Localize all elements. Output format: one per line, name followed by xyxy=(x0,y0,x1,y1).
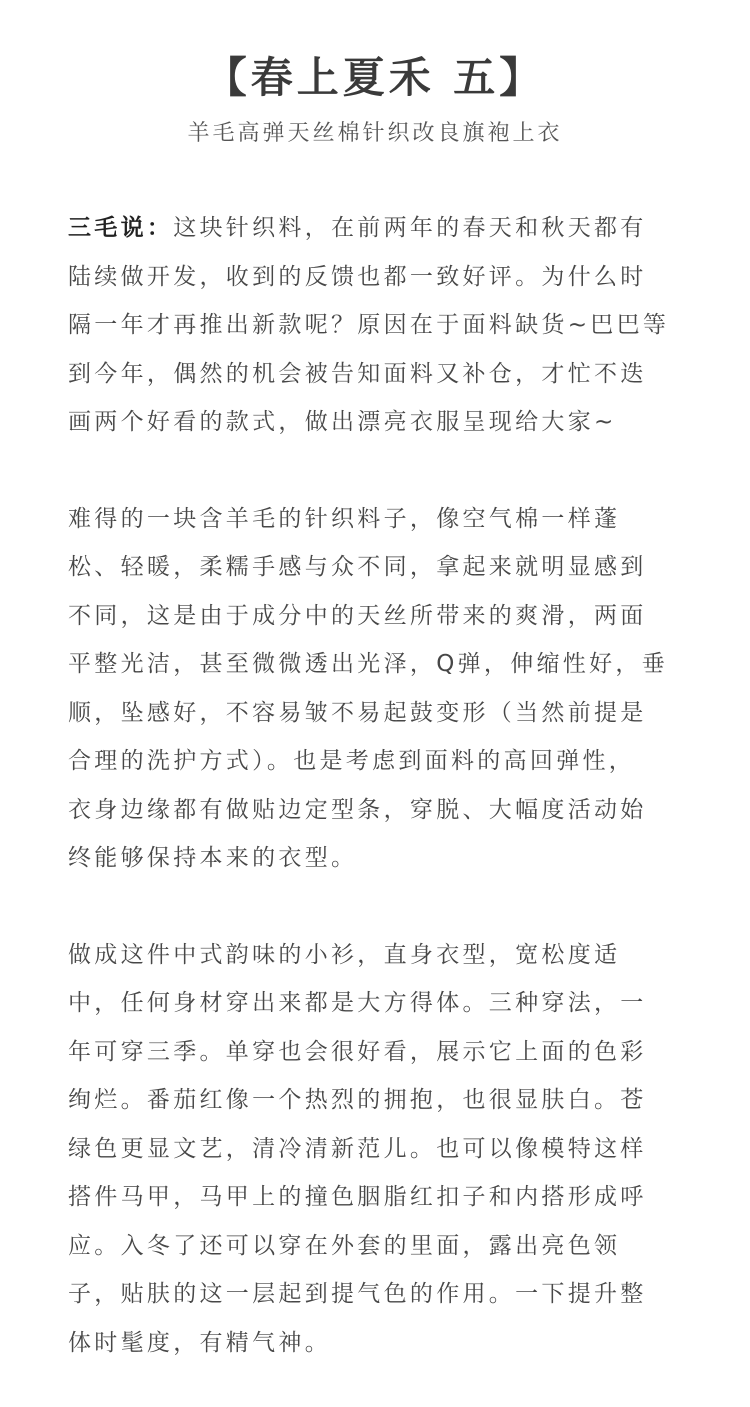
text-line: 陆续做开发，收到的反馈也都一致好评。为什么时 xyxy=(68,253,698,302)
text-line: 三毛说：这块针织料，在前两年的春天和秋天都有 xyxy=(68,204,698,253)
text-line: 难得的一块含羊毛的针织料子，像空气棉一样蓬 xyxy=(68,495,698,544)
text-line: 年可穿三季。单穿也会很好看，展示它上面的色彩 xyxy=(68,1028,698,1077)
speaker-label: 三毛说： xyxy=(68,215,173,241)
text-line: 做成这件中式韵味的小衫，直身衣型，宽松度适 xyxy=(68,931,698,980)
text-line: 画两个好看的款式，做出漂亮衣服呈现给大家~ xyxy=(68,398,698,447)
page-subtitle: 羊毛高弹天丝棉针织改良旗袍上衣 xyxy=(0,118,750,150)
paragraph-intro: 三毛说：这块针织料，在前两年的春天和秋天都有 陆续做开发，收到的反馈也都一致好评… xyxy=(68,204,698,447)
text-line: 应。入冬了还可以穿在外套的里面，露出亮色领 xyxy=(68,1222,698,1271)
article-body: 三毛说：这块针织料，在前两年的春天和秋天都有 陆续做开发，收到的反馈也都一致好评… xyxy=(68,204,698,1367)
text-line: 绿色更显文艺，清冷清新范儿。也可以像模特这样 xyxy=(68,1125,698,1174)
text-line: 衣身边缘都有做贴边定型条，穿脱、大幅度活动始 xyxy=(68,786,698,835)
text-line: 合理的洗护方式）。也是考虑到面料的高回弹性， xyxy=(68,737,698,786)
page-title: 【春上夏禾 五】 xyxy=(0,50,750,106)
text-line: 松、轻暖，柔糯手感与众不同，拿起来就明显感到 xyxy=(68,543,698,592)
text-line: 平整光洁，甚至微微透出光泽，Q弹，伸缩性好，垂 xyxy=(68,640,698,689)
paragraph-fabric: 难得的一块含羊毛的针织料子，像空气棉一样蓬 松、轻暖，柔糯手感与众不同，拿起来就… xyxy=(68,495,698,883)
text-line: 隔一年才再推出新款呢？原因在于面料缺货~巴巴等 xyxy=(68,301,698,350)
text-line: 不同，这是由于成分中的天丝所带来的爽滑，两面 xyxy=(68,592,698,641)
text-line: 顺，坠感好，不容易皱不易起鼓变形（当然前提是 xyxy=(68,689,698,738)
paragraph-styling: 做成这件中式韵味的小衫，直身衣型，宽松度适 中，任何身材穿出来都是大方得体。三种… xyxy=(68,931,698,1368)
text-line: 子，贴肤的这一层起到提气色的作用。一下提升整 xyxy=(68,1270,698,1319)
text-line: 终能够保持本来的衣型。 xyxy=(68,834,698,883)
text-line: 到今年，偶然的机会被告知面料又补仓，才忙不迭 xyxy=(68,350,698,399)
text-line: 绚烂。番茄红像一个热烈的拥抱，也很显肤白。苍 xyxy=(68,1076,698,1125)
text-line: 搭件马甲，马甲上的撞色胭脂红扣子和内搭形成呼 xyxy=(68,1173,698,1222)
text-line: 中，任何身材穿出来都是大方得体。三种穿法，一 xyxy=(68,979,698,1028)
text-line: 体时髦度，有精气神。 xyxy=(68,1319,698,1368)
